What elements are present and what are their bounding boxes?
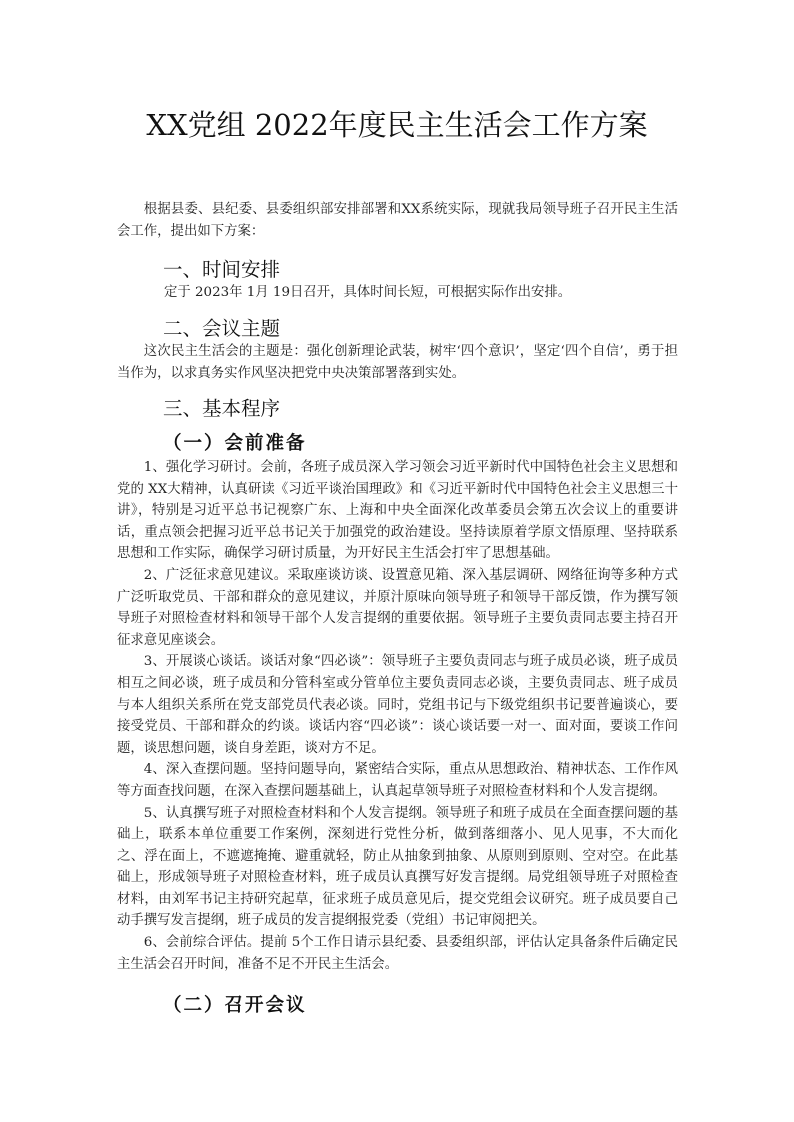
prep-item-3: 3、开展谈心谈话。谈话对象“四必谈”：领导班子主要负责同志与班子成员必谈，班子成…: [117, 651, 678, 759]
prep-item-4: 4、深入查摆问题。坚持问题导向，紧密结合实际，重点从思想政治、精神状态、工作作风…: [117, 759, 678, 802]
section-heading-schedule: 一、时间安排: [163, 254, 280, 282]
schedule-paragraph: 定于 2023年 1月 19日召开，具体时间长短，可根据实际作出安排。: [117, 282, 678, 304]
prep-item-2: 2、广泛征求意见建议。采取座谈访谈、设置意见箱、深入基层调研、网络征询等多种方式…: [117, 565, 678, 651]
intro-block: 根据县委、县纪委、县委组织部安排部署和XX系统实际，现就我局领导班子召开民主生活…: [117, 199, 678, 242]
subsection-heading-meeting: （二）召开会议: [163, 991, 307, 1017]
prep-item-1: 1、强化学习研讨。会前，各班子成员深入学习领会习近平新时代中国特色社会主义思想和…: [117, 457, 678, 565]
prep-item-5: 5、认真撰写班子对照检查材料和个人发言提纲。领导班子和班子成员在全面查摆问题的基…: [117, 803, 678, 933]
preparation-body: 1、强化学习研讨。会前，各班子成员深入学习领会习近平新时代中国特色社会主义思想和…: [117, 457, 678, 975]
subsection-heading-preparation: （一）会前准备: [163, 429, 307, 455]
theme-paragraph: 这次民主生活会的主题是：强化创新理论武装，树牢‘四个意识’，坚定‘四个自信’，勇…: [117, 341, 678, 384]
section-heading-theme: 二、会议主题: [163, 313, 280, 341]
section-schedule-body: 定于 2023年 1月 19日召开，具体时间长短，可根据实际作出安排。: [117, 282, 678, 304]
section-heading-procedure: 三、基本程序: [163, 393, 280, 421]
prep-item-6: 6、会前综合评估。提前 5个工作日请示县纪委、县委组织部，评估认定具备条件后确定…: [117, 932, 678, 975]
document-page: XX党组 2022年度民主生活会工作方案 根据县委、县纪委、县委组织部安排部署和…: [0, 0, 794, 1122]
section-theme-body: 这次民主生活会的主题是：强化创新理论武装，树牢‘四个意识’，坚定‘四个自信’，勇…: [117, 341, 678, 384]
document-title: XX党组 2022年度民主生活会工作方案: [0, 103, 794, 144]
intro-paragraph: 根据县委、县纪委、县委组织部安排部署和XX系统实际，现就我局领导班子召开民主生活…: [117, 199, 678, 242]
